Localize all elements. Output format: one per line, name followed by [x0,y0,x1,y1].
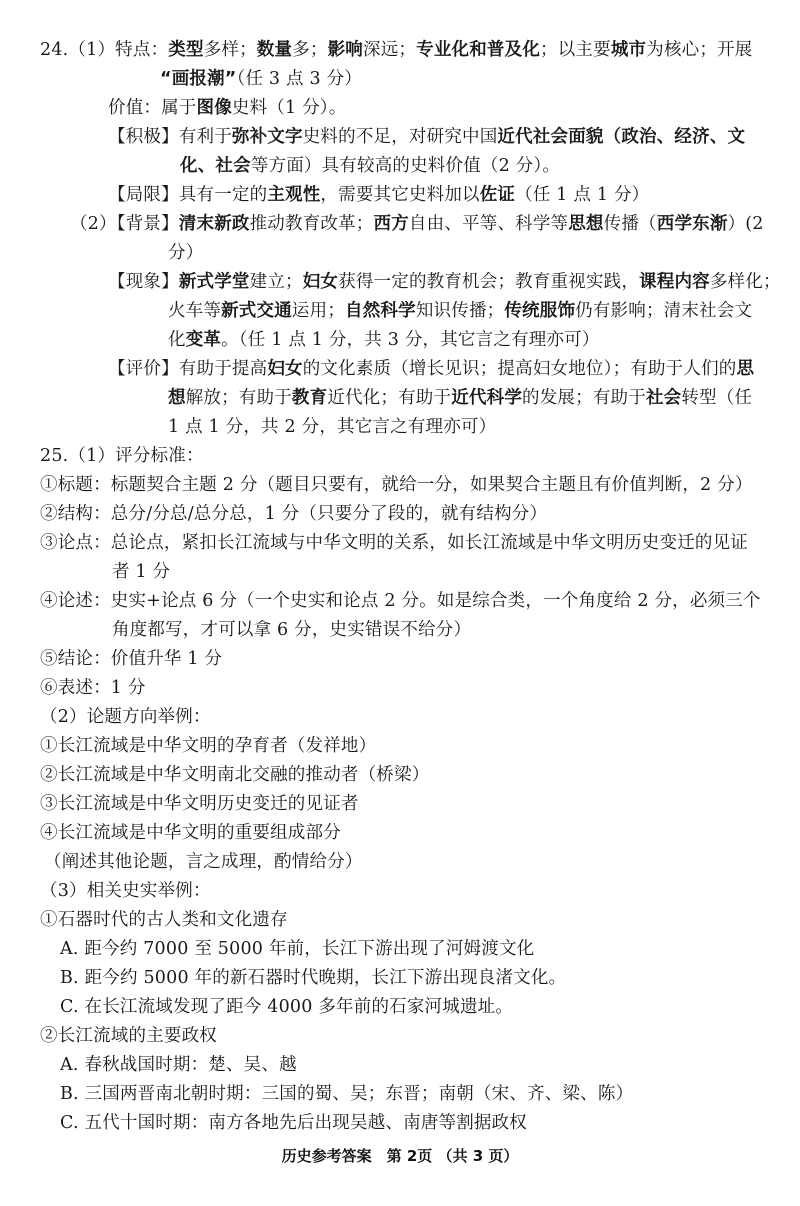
emphasis-text: 佐证 [480,185,515,205]
fact-item: C. 在长江流域发现了距今 4000 多年前的石家河城遗址。 [60,995,513,1019]
emphasis-text: 图像 [197,98,232,118]
text-segment: 1 点 1 分，共 2 分，其它言之有理亦可） [168,417,496,437]
emphasis-text: 城市 [611,40,646,60]
emphasis-text: 类型 [168,40,203,60]
text-segment: 化 [168,330,186,350]
emphasis-text: 数量 [257,40,292,60]
q24-positive: 【积极】有利于弥补文字史料的不足，对研究中国近代社会面貌（政治、经济、文 [108,125,745,149]
text-segment: 等方面）具有较高的史料价值（2 分）。 [251,156,560,176]
text-segment: （任 3 点 3 分） [237,69,362,89]
text-segment: 。（任 1 点 1 分，共 3 分，其它言之有理亦可） [221,330,599,350]
fact-item: A. 春秋战国时期：楚、吴、越 [60,1053,297,1077]
facts-heading: ①石器时代的古人类和文化遗存 [40,908,288,932]
emphasis-text: 化、社会 [180,156,251,176]
q24-background-cont: 分） [168,241,203,265]
text-segment: 推动教育改革； [250,214,374,234]
criterion-expression: ⑥表述：1 分 [40,676,146,700]
emphasis-text: 西学东渐 [657,214,728,234]
q25-part2-heading: （2）论题方向举例： [40,705,211,729]
emphasis-text: 变革 [186,330,221,350]
emphasis-text: 主观性 [267,185,320,205]
q24-phenomenon-cont1: 火车等新式交通运用；自然科学知识传播；传统服饰仍有影响；清末社会文 [168,299,752,323]
q24-phenomenon: 【现象】新式学堂建立；妇女获得一定的教育机会；教育重视实践，课程内容多样化； [108,270,781,294]
text-segment: 【评价】有助于提高 [108,359,267,379]
emphasis-text: 专业化和普及化 [416,40,540,60]
text-segment: ，需要其它史料加以 [320,185,479,205]
criterion-thesis: ③论点：总论点，紧扣长江流域与中华文明的关系，如长江流域是中华文明历史变迁的见证 [40,531,748,555]
text-segment: 的文化素质（增长见识；提高妇女地位）；有助于人们的 [303,359,737,379]
emphasis-text: 西方 [374,214,409,234]
text-segment: 传播（ [604,214,657,234]
emphasis-text: 妇女 [303,272,338,292]
fact-item: B. 三国两晋南北朝时期：三国的蜀、吴；东晋；南朝（宋、齐、梁、陈） [60,1082,633,1106]
emphasis-text: 影响 [328,40,363,60]
criterion-argument: ④论述：史实+论点 6 分（一个史实和论点 2 分。如是综合类，一个角度给 2 … [40,589,761,613]
emphasis-text: 思想 [568,214,603,234]
criterion-structure: ②结构：总分/分总/总分总，1 分（只要分了段的，就有结构分） [40,502,547,526]
text-segment: 史料（1 分）。 [232,98,347,118]
text-segment: 【积极】有利于 [108,127,232,147]
emphasis-text: 教育 [292,388,327,408]
emphasis-text: 近代社会面貌（政治、经济、文 [497,127,745,147]
text-segment: （任 1 点 1 分） [515,185,649,205]
emphasis-text: “画报潮” [160,69,237,89]
text-segment: 为核心；开展 [646,40,752,60]
emphasis-text: 课程内容 [639,272,710,292]
text-segment: 火车等 [168,301,221,321]
text-segment: 多； [292,40,327,60]
page-footer: 历史参考答案 第 2页 （共 3 页） [0,1145,800,1166]
text-segment: 价值：属于 [108,98,197,118]
criterion-argument-cont: 角度都写，才可以拿 6 分，史实错误不给分） [112,618,471,642]
topic-item: ③长江流域是中华文明历史变迁的见证者 [40,792,359,816]
text-segment: 史料的不足，对研究中国 [303,127,498,147]
text-segment: 【局限】具有一定的 [108,185,267,205]
q24-evaluation-cont2: 1 点 1 分，共 2 分，其它言之有理亦可） [168,415,496,439]
text-segment: 近代化；有助于 [327,388,451,408]
topic-item: ②长江流域是中华文明南北交融的推动者（桥梁） [40,763,429,787]
text-segment: 获得一定的教育机会；教育重视实践， [338,272,639,292]
fact-item: A. 距今约 7000 至 5000 年前，长江下游出现了河姆渡文化 [60,937,534,961]
q25-heading: 25.（1）评分标准： [40,444,204,468]
text-segment: 深远； [363,40,416,60]
q24-evaluation: 【评价】有助于提高妇女的文化素质（增长见识；提高妇女地位）；有助于人们的思 [108,357,754,381]
criterion-thesis-cont: 者 1 分 [112,560,170,584]
text-segment: 【现象】 [108,272,179,292]
emphasis-text: 弥补文字 [232,127,303,147]
q25-part3-heading: （3）相关史实举例： [40,879,211,903]
topic-note: （阐述其他论题，言之成理，酌情给分） [44,850,363,874]
emphasis-text: 自然科学 [345,301,416,321]
emphasis-text: 想 [168,388,186,408]
text-segment: 分） [168,243,203,263]
text-segment: 多样化； [710,272,781,292]
q24-evaluation-cont1: 想解放；有助于教育近代化；有助于近代科学的发展；有助于社会转型（任 [168,386,752,410]
q24-background: （2）【背景】清末新政推动教育改革；西方自由、平等、科学等思想传播（西学东渐）(… [70,212,764,236]
q24-phenomenon-cont2: 化变革。（任 1 点 1 分，共 3 分，其它言之有理亦可） [168,328,600,352]
criterion-conclusion: ⑤结论：价值升华 1 分 [40,647,222,671]
question-number: 24.（1） [40,40,115,60]
text-segment: 仍有影响；清末社会文 [575,301,752,321]
q24-features-cont: “画报潮”（任 3 点 3 分） [160,67,362,91]
q24-features-line: 24.（1）特点：类型多样；数量多；影响深远；专业化和普及化；以主要城市为核心；… [40,38,752,62]
emphasis-text: 社会 [646,388,681,408]
emphasis-text: 新式学堂 [179,272,250,292]
text-segment: （2）【背景】 [70,214,179,234]
text-segment: 运用； [292,301,345,321]
emphasis-text: 新式交通 [221,301,292,321]
fact-item: C. 五代十国时期：南方各地先后出现吴越、南唐等割据政权 [60,1111,527,1135]
features-text: 特点：类型多样；数量多；影响深远；专业化和普及化；以主要城市为核心；开展 [115,40,752,60]
text-segment: 的发展；有助于 [522,388,646,408]
text-segment: ；以主要 [540,40,611,60]
text-segment: ）(2 [728,214,764,234]
text-segment: 自由、平等、科学等 [409,214,568,234]
criterion-title: ①标题：标题契合主题 2 分（题目只要有，就给一分，如果契合主题且有价值判断，2… [40,473,753,497]
fact-item: B. 距今约 5000 年的新石器时代晚期，长江下游出现良渚文化。 [60,966,566,990]
text-segment: 转型（任 [681,388,752,408]
text-segment: 建立； [250,272,303,292]
q24-limit: 【局限】具有一定的主观性，需要其它史料加以佐证（任 1 点 1 分） [108,183,649,207]
text-segment: 特点： [115,40,168,60]
q24-positive-cont: 化、社会等方面）具有较高的史料价值（2 分）。 [180,154,560,178]
emphasis-text: 清末新政 [179,214,250,234]
q24-value: 价值：属于图像史料（1 分）。 [108,96,346,120]
emphasis-text: 妇女 [267,359,302,379]
emphasis-text: 近代科学 [451,388,522,408]
emphasis-text: 传统服饰 [504,301,575,321]
facts-heading: ②长江流域的主要政权 [40,1024,217,1048]
text-segment: 多样； [204,40,257,60]
topic-item: ①长江流域是中华文明的孕育者（发祥地） [40,734,376,758]
topic-item: ④长江流域是中华文明的重要组成部分 [40,821,341,845]
text-segment: 知识传播； [416,301,505,321]
emphasis-text: 思 [736,359,754,379]
text-segment: 解放；有助于 [186,388,292,408]
